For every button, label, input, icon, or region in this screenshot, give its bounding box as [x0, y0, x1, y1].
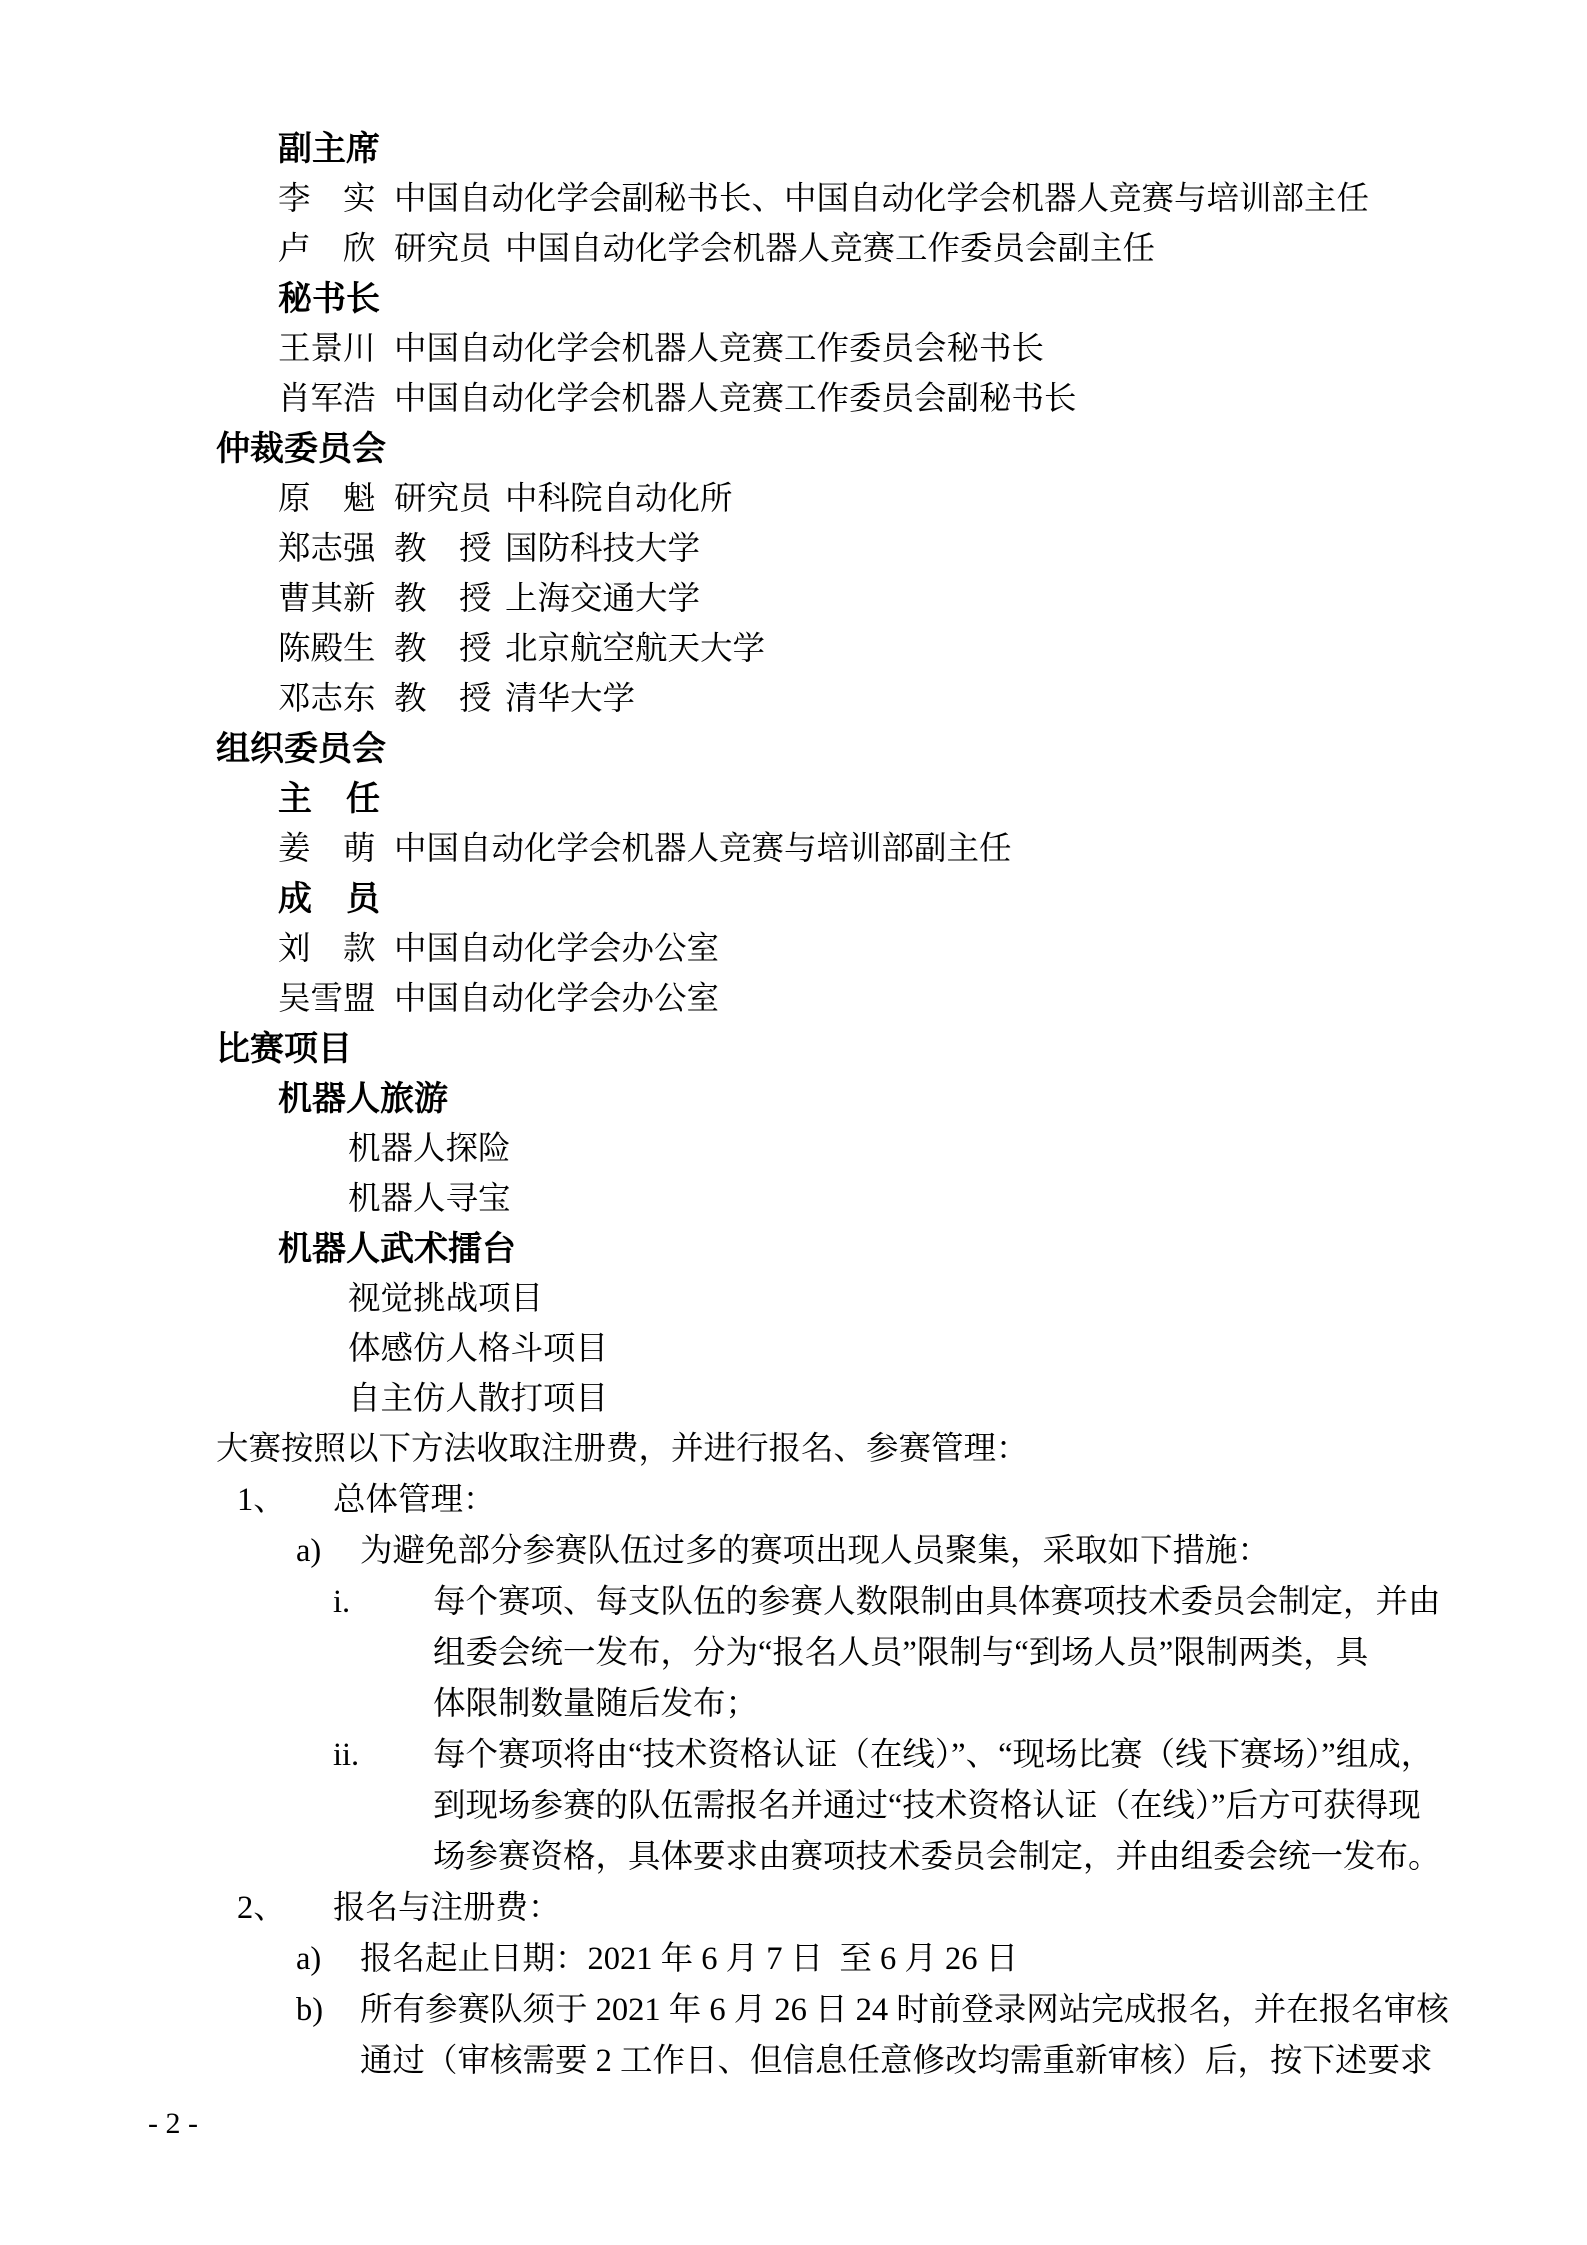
event-item: 视觉挑战项目 — [348, 1274, 1516, 1324]
document-page: { "committee": { "vice_chair_heading": "… — [0, 0, 1587, 2245]
registration-section: 大赛按照以下方法收取注册费，并进行报名、参赛管理： 1、总体管理： a)为避免部… — [216, 1424, 1516, 2087]
list-item-text: 为避免部分参赛队伍过多的赛项出现人员聚集，采取如下措施： — [360, 1533, 1270, 1569]
member-row: 王景川中国自动化学会机器人竞赛工作委员会秘书长 — [278, 324, 1516, 374]
member-row: 原 魁研究员中科院自动化所 — [278, 474, 1516, 524]
list-marker: ii. — [333, 1730, 433, 1781]
member-name: 李 实 — [278, 174, 394, 224]
member-desc: 清华大学 — [505, 681, 635, 717]
document-body: 副主席 李 实中国自动化学会副秘书长、中国自动化学会机器人竞赛与培训部主任 卢 … — [216, 124, 1516, 2087]
committee-section: 副主席 李 实中国自动化学会副秘书长、中国自动化学会机器人竞赛与培训部主任 卢 … — [216, 124, 1516, 1424]
member-name: 姜 萌 — [278, 824, 394, 874]
member-title: 教 授 — [394, 574, 505, 624]
list-marker: i. — [333, 1577, 433, 1628]
heading-competition-events: 比赛项目 — [216, 1024, 1516, 1074]
member-row: 陈殿生教 授北京航空航天大学 — [278, 624, 1516, 674]
member-desc: 中国自动化学会机器人竞赛工作委员会副秘书长 — [394, 381, 1077, 417]
member-title: 教 授 — [394, 524, 505, 574]
list-continuation-line: 体限制数量随后发布； — [433, 1679, 1516, 1730]
member-desc: 国防科技大学 — [505, 531, 700, 567]
member-row: 邓志东教 授清华大学 — [278, 674, 1516, 724]
member-title: 研究员 — [394, 224, 505, 274]
heading-secretary-general: 秘书长 — [278, 274, 1516, 324]
member-desc: 中国自动化学会机器人竞赛工作委员会副主任 — [505, 231, 1155, 267]
lettered-item-b: b)所有参赛队须于 2021 年 6 月 26 日 24 时前登录网站完成报名，… — [216, 1985, 1516, 2036]
member-desc: 上海交通大学 — [505, 581, 700, 617]
member-name: 吴雪盟 — [278, 974, 394, 1024]
member-row: 姜 萌中国自动化学会机器人竞赛与培训部副主任 — [278, 824, 1516, 874]
numbered-item-2: 2、报名与注册费： — [216, 1883, 1516, 1934]
event-item: 体感仿人格斗项目 — [348, 1324, 1516, 1374]
heading-organizing-committee: 组织委员会 — [216, 724, 1516, 774]
list-item-text: 报名起止日期：2021 年 6 月 7 日 至 6 月 26 日 — [360, 1941, 1018, 1977]
list-marker: a) — [296, 1526, 360, 1577]
member-name: 陈殿生 — [278, 624, 394, 674]
member-title: 研究员 — [394, 474, 505, 524]
member-name: 邓志东 — [278, 674, 394, 724]
member-desc: 北京航空航天大学 — [505, 631, 765, 667]
member-row: 曹其新教 授上海交通大学 — [278, 574, 1516, 624]
member-name: 卢 欣 — [278, 224, 394, 274]
roman-item-i: i.每个赛项、每支队伍的参赛人数限制由具体赛项技术委员会制定，并由 — [216, 1577, 1516, 1628]
list-marker: b) — [296, 1985, 360, 2036]
lettered-item-a: a)为避免部分参赛队伍过多的赛项出现人员聚集，采取如下措施： — [216, 1526, 1516, 1577]
member-row: 李 实中国自动化学会副秘书长、中国自动化学会机器人竞赛与培训部主任 — [278, 174, 1516, 224]
member-title: 教 授 — [394, 674, 505, 724]
member-desc: 中国自动化学会办公室 — [394, 981, 719, 1017]
heading-members: 成 员 — [278, 874, 1516, 924]
member-row: 郑志强教 授国防科技大学 — [278, 524, 1516, 574]
heading-director: 主 任 — [278, 774, 1516, 824]
list-marker: a) — [296, 1934, 360, 1985]
member-desc: 中国自动化学会机器人竞赛工作委员会秘书长 — [394, 331, 1044, 367]
event-item: 机器人寻宝 — [348, 1174, 1516, 1224]
member-row: 刘 款中国自动化学会办公室 — [278, 924, 1516, 974]
member-row: 肖军浩中国自动化学会机器人竞赛工作委员会副秘书长 — [278, 374, 1516, 424]
list-item-text: 每个赛项、每支队伍的参赛人数限制由具体赛项技术委员会制定，并由 — [433, 1584, 1441, 1620]
member-row: 卢 欣研究员中国自动化学会机器人竞赛工作委员会副主任 — [278, 224, 1516, 274]
page-number: - 2 - — [148, 2106, 198, 2142]
member-name: 刘 款 — [278, 924, 394, 974]
list-continuation-line: 场参赛资格，具体要求由赛项技术委员会制定，并由组委会统一发布。 — [433, 1832, 1516, 1883]
list-marker: 2、 — [237, 1883, 333, 1934]
list-continuation-line: 通过（审核需要 2 工作日、但信息任意修改均需重新审核）后，按下述要求 — [360, 2036, 1516, 2087]
heading-arbitration-committee: 仲裁委员会 — [216, 424, 1516, 474]
member-name: 郑志强 — [278, 524, 394, 574]
list-item-text: 每个赛项将由“技术资格认证（在线）”、“现场比赛（线下赛场）”组成， — [433, 1737, 1433, 1773]
member-title: 教 授 — [394, 624, 505, 674]
member-name: 王景川 — [278, 324, 394, 374]
roman-item-ii: ii.每个赛项将由“技术资格认证（在线）”、“现场比赛（线下赛场）”组成， — [216, 1730, 1516, 1781]
member-desc: 中国自动化学会机器人竞赛与培训部副主任 — [394, 831, 1012, 867]
list-item-title: 报名与注册费： — [333, 1890, 561, 1926]
event-item: 自主仿人散打项目 — [348, 1374, 1516, 1424]
member-name: 曹其新 — [278, 574, 394, 624]
member-desc: 中国自动化学会副秘书长、中国自动化学会机器人竞赛与培训部主任 — [394, 181, 1369, 217]
registration-intro: 大赛按照以下方法收取注册费，并进行报名、参赛管理： — [216, 1424, 1516, 1475]
member-name: 肖军浩 — [278, 374, 394, 424]
member-desc: 中国自动化学会办公室 — [394, 931, 719, 967]
lettered-item-a2: a)报名起止日期：2021 年 6 月 7 日 至 6 月 26 日 — [216, 1934, 1516, 1985]
list-marker: 1、 — [237, 1475, 333, 1526]
list-continuation-line: 到现场参赛的队伍需报名并通过“技术资格认证（在线）”后方可获得现 — [433, 1781, 1516, 1832]
member-desc: 中科院自动化所 — [505, 481, 733, 517]
list-item-text: 所有参赛队须于 2021 年 6 月 26 日 24 时前登录网站完成报名，并在… — [360, 1992, 1449, 2028]
heading-event-group-robot-tour: 机器人旅游 — [278, 1074, 1516, 1124]
heading-vice-chair: 副主席 — [278, 124, 1516, 174]
list-continuation-line: 组委会统一发布，分为“报名人员”限制与“到场人员”限制两类，具 — [433, 1628, 1516, 1679]
member-name: 原 魁 — [278, 474, 394, 524]
list-item-title: 总体管理： — [333, 1482, 496, 1518]
numbered-item-1: 1、总体管理： — [216, 1475, 1516, 1526]
member-row: 吴雪盟中国自动化学会办公室 — [278, 974, 1516, 1024]
event-item: 机器人探险 — [348, 1124, 1516, 1174]
heading-event-group-martial-arts: 机器人武术擂台 — [278, 1224, 1516, 1274]
